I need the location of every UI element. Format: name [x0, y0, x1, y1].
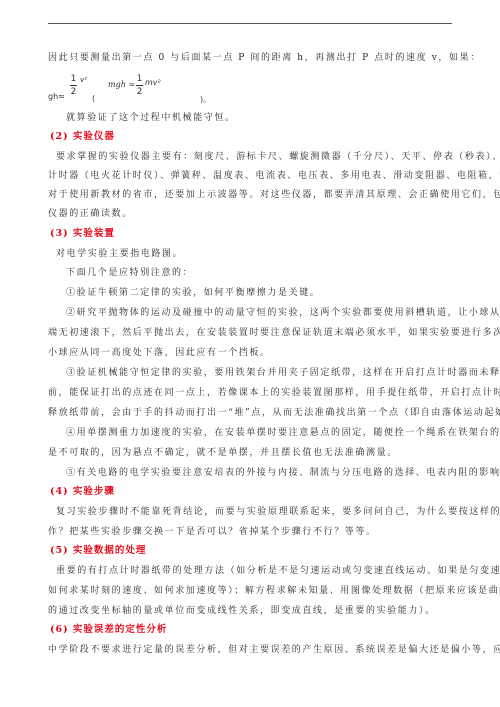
paragraph-line: 中学阶段不要求进行定量的误差分析，但对主要误差的产生原因、系统误差是偏大还是偏小…: [48, 644, 500, 656]
paragraph-line: 是不可取的，因为悬点不确定，就不是单摆，并且摆长值也无法准确测量。: [48, 447, 398, 459]
paragraph-line: 作？把某些实验步骤交换一下是否可以？省掉某个步骤行不行？等等。: [48, 526, 377, 538]
formula-lhs: gh≈: [48, 92, 65, 101]
paragraph-line: ④用单摆测重力加速度的实验，在安装单摆时要注意悬点的固定，随便拴一个绳系在铁架台…: [66, 427, 500, 439]
fraction-denominator: 2: [137, 87, 143, 97]
formula-fraction-1: 1 2: [70, 74, 77, 97]
paragraph-line: 要求掌握的实验仪器主要有：刻度尺、游标卡尺、螺旋测微器（千分尺）、天平、停表（秒…: [56, 151, 500, 163]
energy-formula: gh≈ 1 2 v² ( mgh ≈ 1 2 mv² )。: [48, 72, 248, 106]
paragraph-line: 端无初速滚下，然后平抛出去，在安装装置时要注意保证轨道末端必须水平，如果实验要进…: [48, 327, 500, 339]
section-heading-data-processing: (5) 实验数据的处理: [50, 545, 146, 557]
paragraph-line: 复习实验步骤时不能靠死背结论，而要与实验原理联系起来，要多问问自己，为什么要按这…: [56, 506, 500, 518]
paragraph-line: ②研究平抛物体的运动及碰撞中的动量守恒的实验，这两个实验都要使用斜槽轨道，让小球…: [66, 307, 500, 319]
paragraph-line: 对于使用新教材的省市，还要加上示波器等。对这些仪器，都要弄清其原理、会正确使用它…: [48, 189, 500, 201]
paragraph-line: 前，能保证打出的点迹在同一点上，若像课本上的实验装置图那样，用手提住纸带，开启打…: [48, 387, 500, 399]
formula-close-paren: )。: [200, 94, 211, 105]
paragraph-line: 如何求某时刻的速度、如何求加速度等）；解方程求解未知量、用图像处理数据（把原来应…: [48, 585, 500, 597]
fraction-numerator: 1: [71, 74, 77, 84]
paragraph-line: 仪器的正确读数。: [48, 208, 133, 220]
intro-line: 因此只要测量出第一点 0 与后面某一点 P 间的距离 h，再测出打 P 点时的速…: [48, 52, 481, 64]
formula-mv-squared: mv²: [145, 78, 161, 87]
section-heading-error-analysis: (6) 实验误差的定性分析: [50, 624, 167, 636]
paragraph-line: 释放纸带前，会由于手的抖动而打出一“堆”点，从而无法准确找出第一个点（即自由落体…: [48, 407, 500, 419]
paragraph-line: 小球应从同一高度处下落，因此应有一个挡板。: [48, 347, 271, 359]
formula-fraction-2: 1 2: [136, 74, 143, 97]
paragraph-line: 下面几个是应特别注意的：: [66, 267, 193, 279]
formula-mgh: mgh ≈: [108, 80, 135, 89]
fraction-denominator: 2: [71, 87, 77, 97]
paragraph-line: ③验证机械能守恒定律的实验，要用铁架台并用夹子固定纸带，这样在开启打点计时器而未…: [66, 367, 500, 379]
section-heading-procedure: (4) 实验步骤: [50, 486, 115, 498]
conclusion-line: 就算验证了这个过程中机械能守恒。: [66, 112, 236, 124]
formula-v-squared: v²: [80, 76, 87, 84]
fraction-numerator: 1: [137, 74, 143, 84]
section-heading-apparatus: (2) 实验仪器: [50, 131, 115, 143]
header-rule: [48, 23, 452, 24]
paragraph-line: 对电学实验主要指电路图。: [56, 248, 183, 260]
paragraph-line: ①验证牛顿第二定律的实验，如何平衡摩擦力是关键。: [66, 287, 320, 299]
fraction-bar: [136, 85, 143, 86]
formula-open-paren: (: [92, 94, 95, 103]
paragraph-line: 计时器（电火花计时仪）、弹簧秤、温度表、电流表、电压表、多用电表、滑动变阻器、电…: [48, 170, 500, 182]
fraction-bar: [70, 85, 77, 86]
paragraph-line: 重要的有打点计时器纸带的处理方法（如分析是不是匀速运动或匀变速直线运动、如果是匀…: [56, 565, 500, 577]
paragraph-line: ⑤有关电路的电学实验要注意安培表的外接与内接、制流与分压电路的选择、电表内阻的影…: [66, 467, 500, 479]
section-heading-setup: (3) 实验装置: [50, 228, 115, 240]
paragraph-line: 的通过改变坐标轴的量或单位而变成线性关系，即变成直线，是重要的实验能力）。: [48, 605, 436, 617]
